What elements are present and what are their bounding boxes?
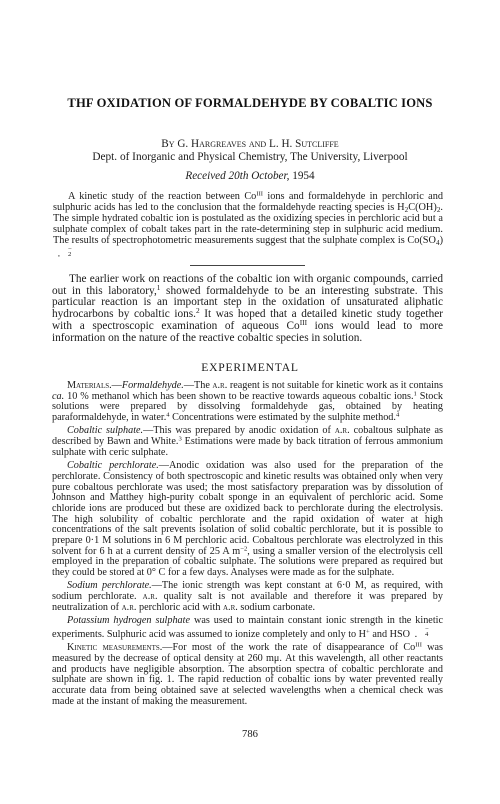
run-in-subheading: Cobaltic sulphate. [67, 425, 143, 436]
affiliation: Dept. of Inorganic and Physical Chemistr… [0, 151, 500, 163]
paragraph-cobaltic-sulphate: Cobaltic sulphate.—This was prepared by … [52, 426, 443, 458]
byline-by: By [161, 138, 174, 150]
run-in-subheading: Cobaltic perchlorate. [67, 460, 159, 471]
received-date: Received 20th October, 1954 [0, 170, 500, 182]
run-in-heading: Materials. [67, 380, 112, 391]
abstract-text: ) [440, 235, 443, 246]
body-text: —For most of the work the rate of disapp… [162, 642, 415, 653]
paragraph-potassium-hydrogen-sulphate: Potassium hydrogen sulphate was used to … [52, 616, 443, 641]
body-text: —Anodic oxidation was also used for the … [52, 460, 443, 557]
body-text: 10 % methanol which has been shown to be… [64, 391, 413, 402]
paragraph-sodium-perchlorate: Sodium perchlorate.—The ionic strength w… [52, 581, 443, 613]
paragraph-cobaltic-perchlorate: Cobaltic perchlorate.—Anodic oxidation w… [52, 461, 443, 579]
body-text: —The [184, 380, 213, 391]
author-1: G. Hargreaves [177, 138, 246, 150]
body-text: sodium carbonate. [238, 602, 315, 613]
received-year: 1954 [292, 170, 314, 182]
received-label: Received 20th October, [185, 170, 289, 182]
paper-page: THF OXIDATION OF FORMALDEHYDE BY COBALTI… [0, 0, 500, 804]
body-text: —This was prepared by anodic oxidation o… [143, 425, 335, 436]
experimental-section: Materials.—Formaldehyde.—The a.r. reagen… [52, 381, 443, 710]
reference-marker: 4 [396, 411, 399, 418]
paragraph-materials: Materials.—Formaldehyde.—The a.r. reagen… [52, 381, 443, 424]
abbreviation: a.r. [212, 380, 227, 391]
superscript: III [415, 642, 422, 649]
section-divider [190, 265, 305, 266]
body-text: Concentrations were estimated by the sul… [170, 412, 396, 423]
abstract: A kinetic study of the reaction between … [53, 191, 443, 259]
author-2: L. H. Sutcliffe [269, 138, 339, 150]
abbreviation: a.r. [223, 602, 238, 613]
abbreviation: ca. [52, 391, 64, 402]
abbreviation: a.r. [335, 425, 350, 436]
introduction-paragraph: The earlier work on reactions of the cob… [52, 274, 443, 344]
abbreviation: a.r. [122, 602, 137, 613]
dash: — [112, 380, 122, 391]
body-text: reagent is not suitable for kinetic work… [227, 380, 443, 391]
abstract-text: A kinetic study of the reaction between … [68, 191, 256, 202]
abbreviation: a.r. [143, 591, 158, 602]
run-in-subheading: Formaldehyde. [122, 380, 184, 391]
byline: By G. Hargreaves and L. H. Sutcliffe [0, 138, 500, 150]
abstract-text: C(OH) [408, 202, 437, 213]
subscript: 2 [53, 249, 71, 260]
charge-annotation: −4 [410, 627, 415, 637]
charge-annotation: −2 [53, 246, 58, 256]
run-in-subheading: Sodium perchlorate. [67, 580, 152, 591]
paper-title: THF OXIDATION OF FORMALDEHYDE BY COBALTI… [0, 96, 500, 111]
run-in-heading: Kinetic measurements. [67, 642, 162, 653]
page-number: 786 [0, 729, 500, 740]
body-text: perchloric acid with [136, 602, 223, 613]
byline-and: and [249, 138, 266, 150]
section-heading-experimental: EXPERIMENTAL [0, 361, 500, 374]
superscript: III [300, 318, 307, 327]
body-text: and HSO [370, 629, 410, 640]
run-in-subheading: Potassium hydrogen sulphate [67, 615, 190, 626]
subscript: 4 [410, 630, 428, 641]
paragraph-kinetic-measurements: Kinetic measurements.—For most of the wo… [52, 643, 443, 707]
